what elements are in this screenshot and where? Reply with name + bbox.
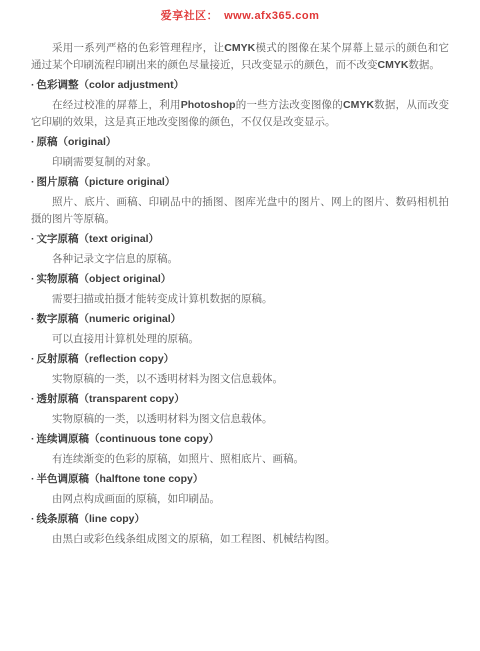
intro-paragraph: 采用一系列严格的色彩管理程序，让CMYK模式的图像在某个屏幕上显示的颜色和它通过… <box>31 40 449 74</box>
section-term: 色彩调整（color adjustment） <box>37 79 185 91</box>
section-heading: ·原稿（original） <box>31 134 449 151</box>
section-description: 在经过校准的屏幕上，利用Photoshop的一些方法改变图像的CMYK数据，从而… <box>31 97 449 131</box>
bullet-icon: · <box>31 431 35 448</box>
section-description: 各种记录文字信息的原稿。 <box>31 251 449 268</box>
section-heading: ·连续调原稿（continuous tone copy） <box>31 431 449 448</box>
section-description: 可以直接用计算机处理的原稿。 <box>31 331 449 348</box>
text-run: 在经过校准的屏幕上，利用 <box>52 100 181 111</box>
section-term: 原稿（original） <box>37 136 117 148</box>
section-term: 数字原稿（numeric original） <box>37 313 182 325</box>
glossary-section: ·连续调原稿（continuous tone copy）有连续渐变的色彩的原稿，… <box>31 431 449 468</box>
text-run: 数据。 <box>408 60 440 71</box>
bullet-icon: · <box>31 391 35 408</box>
glossary-section: ·原稿（original）印刷需要复制的对象。 <box>31 134 449 171</box>
emphasized-term: CMYK <box>378 59 409 71</box>
text-run: 需要扫描或拍摄才能转变成计算机数据的原稿。 <box>52 294 273 305</box>
bullet-icon: · <box>31 174 35 191</box>
glossary-section: ·半色调原稿（halftone tone copy）由网点构成画面的原稿，如印刷… <box>31 471 449 508</box>
bullet-icon: · <box>31 134 35 151</box>
section-description: 需要扫描或拍摄才能转变成计算机数据的原稿。 <box>31 291 449 308</box>
section-heading: ·透射原稿（transparent copy） <box>31 391 449 408</box>
section-heading: ·反射原稿（reflection copy） <box>31 351 449 368</box>
section-description: 有连续渐变的色彩的原稿，如照片、照相底片、画稿。 <box>31 451 449 468</box>
bullet-icon: · <box>31 471 35 488</box>
section-description: 印刷需要复制的对象。 <box>31 154 449 171</box>
bullet-icon: · <box>31 77 35 94</box>
site-name: 爱享社区： <box>161 10 219 22</box>
text-run: 由网点构成画面的原稿，如印刷品。 <box>52 494 220 505</box>
section-heading: ·色彩调整（color adjustment） <box>31 77 449 94</box>
section-heading: ·实物原稿（object original） <box>31 271 449 288</box>
emphasized-term: CMYK <box>343 99 374 111</box>
section-term: 反射原稿（reflection copy） <box>37 353 175 365</box>
text-run: 由黑白或彩色线条组成图文的原稿，如工程图、机械结构图。 <box>52 534 336 545</box>
text-run: 印刷需要复制的对象。 <box>52 157 157 168</box>
bullet-icon: · <box>31 511 35 528</box>
text-run: 照片、底片、画稿、印刷品中的插图、图库光盘中的图片、网上的图片、数码相机拍摄的图… <box>31 197 449 225</box>
bullet-icon: · <box>31 231 35 248</box>
glossary-section: ·透射原稿（transparent copy）实物原稿的一类，以透明材料为图文信… <box>31 391 449 428</box>
section-term: 文字原稿（text original） <box>37 233 160 245</box>
text-run: 各种记录文字信息的原稿。 <box>52 254 178 265</box>
text-run: 采用一系列严格的色彩管理程序，让 <box>52 43 224 54</box>
glossary-section: ·图片原稿（picture original）照片、底片、画稿、印刷品中的插图、… <box>31 174 449 228</box>
section-heading: ·数字原稿（numeric original） <box>31 311 449 328</box>
section-description: 由黑白或彩色线条组成图文的原稿，如工程图、机械结构图。 <box>31 531 449 548</box>
bullet-icon: · <box>31 311 35 328</box>
section-term: 线条原稿（line copy） <box>37 513 146 525</box>
text-run: 可以直接用计算机处理的原稿。 <box>52 334 199 345</box>
text-run: 实物原稿的一类，以不透明材料为图文信息载体。 <box>52 374 283 385</box>
bullet-icon: · <box>31 351 35 368</box>
section-description: 实物原稿的一类，以不透明材料为图文信息载体。 <box>31 371 449 388</box>
section-heading: ·线条原稿（line copy） <box>31 511 449 528</box>
glossary-section: ·线条原稿（line copy）由黑白或彩色线条组成图文的原稿，如工程图、机械结… <box>31 511 449 548</box>
glossary-section: ·实物原稿（object original）需要扫描或拍摄才能转变成计算机数据的… <box>31 271 449 308</box>
site-header: 爱享社区：www.afx365.com <box>0 0 480 23</box>
section-description: 由网点构成画面的原稿，如印刷品。 <box>31 491 449 508</box>
glossary-section: ·数字原稿（numeric original）可以直接用计算机处理的原稿。 <box>31 311 449 348</box>
emphasized-term: Photoshop <box>181 99 236 111</box>
bullet-icon: · <box>31 271 35 288</box>
site-url: www.afx365.com <box>224 10 319 22</box>
section-description: 实物原稿的一类，以透明材料为图文信息载体。 <box>31 411 449 428</box>
text-run: 有连续渐变的色彩的原稿，如照片、照相底片、画稿。 <box>52 454 304 465</box>
section-heading: ·半色调原稿（halftone tone copy） <box>31 471 449 488</box>
section-term: 半色调原稿（halftone tone copy） <box>37 473 204 485</box>
glossary-sections: ·色彩调整（color adjustment）在经过校准的屏幕上，利用Photo… <box>31 77 449 548</box>
emphasized-term: CMYK <box>224 42 255 54</box>
text-run: 实物原稿的一类，以透明材料为图文信息载体。 <box>52 414 273 425</box>
section-heading: ·文字原稿（text original） <box>31 231 449 248</box>
glossary-section: ·色彩调整（color adjustment）在经过校准的屏幕上，利用Photo… <box>31 77 449 131</box>
glossary-section: ·文字原稿（text original）各种记录文字信息的原稿。 <box>31 231 449 268</box>
document-page: 爱享社区：www.afx365.com 采用一系列严格的色彩管理程序，让CMYK… <box>0 0 480 651</box>
intro-paragraphs: 采用一系列严格的色彩管理程序，让CMYK模式的图像在某个屏幕上显示的颜色和它通过… <box>31 40 449 74</box>
section-term: 图片原稿（picture original） <box>37 176 176 188</box>
document-body: 采用一系列严格的色彩管理程序，让CMYK模式的图像在某个屏幕上显示的颜色和它通过… <box>0 23 480 548</box>
section-heading: ·图片原稿（picture original） <box>31 174 449 191</box>
section-term: 连续调原稿（continuous tone copy） <box>37 433 220 445</box>
section-term: 透射原稿（transparent copy） <box>37 393 185 405</box>
section-term: 实物原稿（object original） <box>37 273 172 285</box>
text-run: 的一些方法改变图像的 <box>236 100 343 111</box>
section-description: 照片、底片、画稿、印刷品中的插图、图库光盘中的图片、网上的图片、数码相机拍摄的图… <box>31 194 449 228</box>
glossary-section: ·反射原稿（reflection copy）实物原稿的一类，以不透明材料为图文信… <box>31 351 449 388</box>
